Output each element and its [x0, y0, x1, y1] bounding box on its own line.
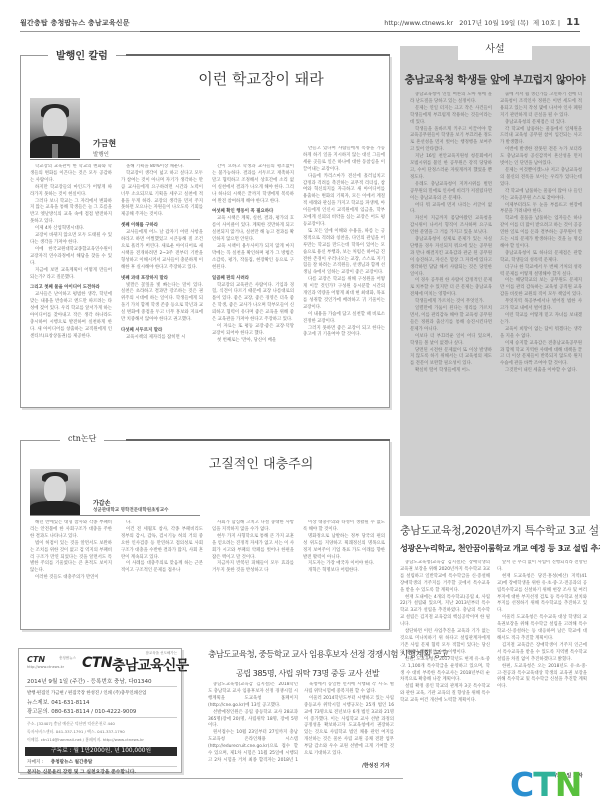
author-role: 발행인	[93, 150, 109, 158]
sister-papers: 자매지 : 충청팝뉴스 월간충탑	[27, 759, 92, 765]
small-logo-url: http://www.ctnews.kr	[27, 665, 64, 669]
ctn-column-text-2: 다. 이건 전 세월호 참사, 각종 부패비리도 정부의 감시, 감독, 검시기…	[121, 520, 203, 620]
reader-center-line: 독자서비스센터. 041-337-1791 / 팩스. 041-337-1790	[27, 729, 125, 735]
ethics-statement: 본지는 신문윤리 강령 및 그 실천요강을 준수합니다.	[27, 768, 136, 775]
author-role: 성균관대학교 명학전문대학원초빙교수	[93, 507, 168, 513]
author-photo	[30, 469, 80, 515]
logo-letter-c: C	[510, 765, 533, 804]
logo-letter-n: N	[555, 765, 582, 804]
news-tip-line: 뉴스제보. 041-631-8114	[27, 698, 89, 706]
issue-date: 2017년 10월 19일 (목)	[459, 19, 528, 27]
ctn-column-text-4: 이상 대충주의와 타성이 생활될 수 없도록 해야 할 것이다. 명화정으로 남…	[303, 520, 385, 620]
site-url[interactable]: http://www.ctnews.kr	[384, 19, 453, 27]
publisher-column-text-2: 올해 기획을 80%이상 채운다. 학교장이 생각이 넓고 하고 싶다고 모두가…	[121, 164, 203, 404]
subscription-fee-bar: 구독료 : 월 1만2000원, 년 100,000원	[25, 747, 177, 756]
teacher-exam-subheadline: 공립 385명, 사립 위탁 73명 중등 교사 선발	[236, 668, 379, 679]
ctn-column-text-1: 해년 반에있는 대형 참사와 각종 부패비리는 안전불에 한 사회구조가 대충을…	[30, 520, 112, 620]
page-header: 월간충탑 충청팝뉴스 충남교육신문 http://www.ctnews.kr 2…	[0, 0, 600, 34]
paper-name: 충남교육신문	[112, 655, 188, 675]
small-ctn-logo: CTN	[27, 655, 45, 664]
registration-info: 2014년 9월 1일 (주간) - 등록번호 충남, 다01340	[27, 677, 152, 685]
ctn-logo: CTN	[82, 655, 112, 671]
special-school-text-1: 충남도교육청(교육감 김지철)은 장애학생의 교육권 보장을 위해 2020년까…	[400, 560, 490, 763]
ctn-column-text-3: 사회가 함심해 고치고 나설 중대한 사항임을 지적하지 않을 수가 없다. 현…	[212, 520, 294, 620]
newspaper-masthead-box: CTN 충청팝뉴스 http://www.ctnews.kr 참교육을 선도해가…	[18, 648, 182, 773]
box-top-rule	[126, 439, 390, 441]
publisher-column-text-3: 간이 요하고 학생과 교사들의 평조없이는 불가능하다. 결과를 서두르고 재촉…	[212, 164, 294, 404]
special-school-headline[interactable]: 충남도교육청,2020년까지 특수학교 3교 설립 추진	[400, 522, 600, 538]
publisher-column-text-1: 학교장의 교육관이 한 학교의 변화와 학생들의 변화를 이끈다는 것은 모두 …	[30, 164, 112, 404]
publisher-column-title: 이런 학교장이 돼라	[161, 68, 361, 89]
sister-label: 자매지 :	[27, 760, 43, 765]
email-homepage-line: 이메일. ctn114@hanmail.net / 홈페이지. http://w…	[27, 737, 144, 743]
byline-rule	[30, 159, 200, 160]
header-meta: http://www.ctnews.kr 2017년 10월 19일 (목) 제…	[384, 17, 580, 28]
masthead-rule	[25, 686, 177, 687]
byline-rule	[30, 515, 200, 516]
masthead-rule	[25, 717, 177, 718]
publisher-column-text-4: 만들고 있다며 사람들에게 복종을 가능하게 하기 일을 지시하지 않는 대신 …	[303, 146, 385, 404]
issue-number: 제 10호	[533, 19, 556, 27]
author-name: 가갑손	[93, 498, 110, 507]
small-logo-tag: 충청팝뉴스	[59, 656, 76, 661]
editorial-text-2: 출에 서서 쉽 생긴가를 고민하기 전에 더 교육청이 조직인사 정원은 이번 …	[500, 92, 582, 510]
editorial-title: 충남교육청 학생들 앞에 부끄럽지 않아야	[400, 72, 590, 87]
publisher-column-label: 발행인 칼럼	[48, 47, 116, 62]
ctn-column-label: ctn논단	[60, 433, 104, 444]
teacher-exam-headline[interactable]: 충남도교육청, 중등학교 교사 임용후보자 선정 경쟁시험 시행계획 공고	[208, 648, 448, 660]
editorial-box: 사설 충남교육청 학생들 앞에 부끄럽지 않아야 충남교육청이 연일 여론의 도…	[400, 46, 590, 516]
publication-names: 월간충탑 충청팝뉴스 충남교육신문	[20, 18, 130, 28]
teacher-exam-text-2: 육청에서 동일한 먼저에 시행돼 각 시·도 별 사립 위탁시험에 중복지원 할…	[304, 682, 394, 757]
ctn-column-box: 고질적인 대충주의 가갑손 성균관대학교 명학전문대학원초빙교수 해년 반에있는…	[20, 440, 390, 630]
ctn-brand-logo: CTN	[510, 768, 581, 801]
header-rule-dark	[140, 31, 580, 32]
editorial-text-1: 충남교육청이 연일 여론의 도마 위에 올라 난도질을 당하고 있는 실정이다.…	[410, 92, 492, 510]
publisher-column-box: 이런 학교장이 돼라 가금현 발행인 학교장의 교육관이 한 학교의 변화와 학…	[20, 55, 390, 408]
page-number: 11	[566, 17, 580, 28]
staff-info: 발행·편집인 가금현 / 편집국장 한성진 / 인쇄 (주)충무인쇄산업	[27, 690, 146, 696]
author-photo	[30, 98, 80, 158]
editorial-label: 사설	[458, 40, 532, 60]
author-name: 가금현	[93, 138, 116, 149]
special-school-subheadline: 성광온누리학교, 천안꿈이룸학교 개교 예정 등 3교 설립 추진	[400, 543, 600, 554]
bottom-rule	[18, 778, 403, 779]
address-line: 주소. [32407] 충남 예산군 덕산면 덕산온천로 440	[27, 721, 115, 727]
teacher-exam-reporter: /한성진 기자	[362, 762, 390, 769]
teacher-exam-text-1: 충남도교육청(교육감 김지철)은 2018학년도 충남학교 교사 임용후보자 선…	[208, 682, 298, 764]
masthead-rule	[25, 766, 177, 767]
logo-letter-t: T	[533, 765, 555, 804]
ctn-column-title: 고질적인 대충주의	[161, 453, 361, 472]
special-school-text-2: 앞서 큰 무리 없이 사업이 진행되리라 전망된다. 현재 도교육청은 당진·홍…	[497, 560, 587, 740]
ad-inquiry-line: 광고문의. 080-631-8114 / 010-4222-9009	[27, 707, 136, 715]
sister-paper-names: 충청팝뉴스 월간충탑	[51, 760, 93, 765]
box-top-rule	[126, 54, 390, 56]
